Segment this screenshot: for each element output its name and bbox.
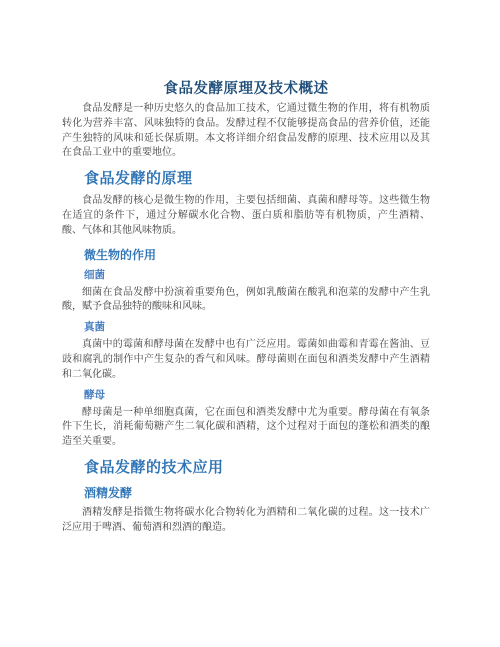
topic-paragraph-bacteria: 细菌在食品发酵中扮演着重要角色，例如乳酸菌在酸乳和泡菜的发酵中产生乳酸，赋予食品… xyxy=(62,286,430,316)
document-page: 食品发酵原理及技术概述 食品发酵是一种历史悠久的食品加工技术，它通过微生物的作用… xyxy=(0,0,500,647)
subsection-paragraph-alcohol-fermentation: 酒精发酵是指微生物将碳水化合物转化为酒精和二氧化碳的过程。这一技术广泛应用于啤酒… xyxy=(62,506,430,536)
intro-paragraph: 食品发酵是一种历史悠久的食品加工技术，它通过微生物的作用，将有机物质转化为营养丰… xyxy=(62,102,430,161)
document-title: 食品发酵原理及技术概述 xyxy=(62,79,430,99)
subsection-heading-alcohol-fermentation: 酒精发酵 xyxy=(84,485,430,501)
topic-heading-fungi: 真菌 xyxy=(84,321,430,334)
topic-heading-bacteria: 细菌 xyxy=(84,269,430,282)
section-heading-technical-applications: 食品发酵的技术应用 xyxy=(84,458,430,477)
principles-intro-paragraph: 食品发酵的核心是微生物的作用，主要包括细菌、真菌和酵母等。这些微生物在适宜的条件… xyxy=(62,194,430,238)
subsection-heading-microbe-roles: 微生物的作用 xyxy=(84,247,430,263)
topic-paragraph-yeast: 酵母菌是一种单细胞真菌，它在面包和酒类发酵中尤为重要。酵母菌在有氧条件下生长，消… xyxy=(62,406,430,450)
section-heading-fermentation-principles: 食品发酵的原理 xyxy=(84,169,430,188)
topic-heading-yeast: 酵母 xyxy=(84,389,430,402)
topic-paragraph-fungi: 真菌中的霉菌和酵母菌在发酵中也有广泛应用。霉菌如曲霉和青霉在酱油、豆豉和腐乳的制… xyxy=(62,338,430,382)
